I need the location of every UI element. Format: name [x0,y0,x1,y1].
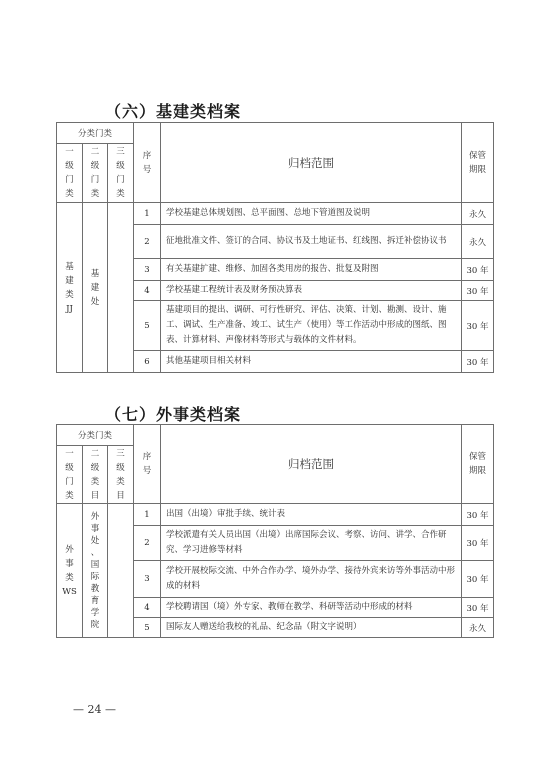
row-scope: 学校基建工程统计表及财务预决算表 [161,281,462,301]
row-retention: 永久 [462,203,494,225]
row-retention: 永久 [462,225,494,259]
row-retention: 永久 [462,618,494,638]
row-number: 6 [134,351,161,373]
row-number: 4 [134,281,161,301]
row-number: 5 [134,618,161,638]
row-retention: 30 年 [462,281,494,301]
category-level2: 外事处、国际教育学院 [83,504,108,638]
header-retention: 保管期限 [462,123,494,203]
category-level1: 基建类JJ [57,203,83,373]
header-seq: 序号 [134,425,161,504]
row-retention: 30 年 [462,351,494,373]
category-level3 [108,504,134,638]
header-retention: 保管期限 [462,425,494,504]
foreign-affairs-archive-table: 分类门类 序号 归档范围 保管期限 一级门类 二级类目 三级类目 外事类WS 外… [56,424,494,638]
row-scope: 出国（出境）审批手续、统计表 [161,504,462,526]
table-row: 基建类JJ 基建处 1 学校基建总体规划图、总平面图、总地下管道图及说明 永久 [57,203,494,225]
category-level3 [108,203,134,373]
construction-archive-table: 分类门类 序号 归档范围 保管期限 一级门类 二级门类 三级门类 基建类JJ 基… [56,122,494,373]
row-number: 1 [134,504,161,526]
page-number: — 24 — [73,703,116,716]
row-number: 5 [134,301,161,351]
row-scope: 基建项目的提出、调研、可行性研究、评估、决策、计划、勘测、设计、施工、调试、生产… [161,301,462,351]
row-scope: 学校派遣有关人员出国（出境）出席国际会议、考察、访问、讲学、合作研究、学习进修等… [161,526,462,561]
row-number: 4 [134,598,161,618]
section-title-construction: （六）基建类档案 [105,99,241,122]
row-scope: 其他基建项目相关材料 [161,351,462,373]
row-number: 3 [134,561,161,598]
row-scope: 学校基建总体规划图、总平面图、总地下管道图及说明 [161,203,462,225]
header-level1: 一级门类 [57,446,83,504]
header-level3: 三级门类 [108,144,134,203]
header-scope: 归档范围 [161,123,462,203]
header-level3: 三级类目 [108,446,134,504]
row-retention: 30 年 [462,301,494,351]
row-scope: 学校聘请国（境）外专家、教师在教学、科研等活动中形成的材料 [161,598,462,618]
section-title-foreign-affairs: （七）外事类档案 [105,402,241,425]
category-level2: 基建处 [83,203,108,373]
header-scope: 归档范围 [161,425,462,504]
row-number: 2 [134,225,161,259]
row-scope: 学校开展校际交流、中外合作办学、境外办学、接待外宾来访等外事活动中形成的材料 [161,561,462,598]
header-level2: 二级类目 [83,446,108,504]
header-category-group: 分类门类 [57,123,134,144]
category-level1: 外事类WS [57,504,83,638]
row-retention: 30 年 [462,259,494,281]
row-retention: 30 年 [462,526,494,561]
row-scope: 有关基建扩建、维修、加固各类用房的报告、批复及附图 [161,259,462,281]
table-row: 外事类WS 外事处、国际教育学院 1 出国（出境）审批手续、统计表 30 年 [57,504,494,526]
row-number: 1 [134,203,161,225]
row-retention: 30 年 [462,504,494,526]
row-number: 2 [134,526,161,561]
row-scope: 征地批准文件、签订的合同、协议书及土地证书、红线图、拆迁补偿协议书 [161,225,462,259]
header-level2: 二级门类 [83,144,108,203]
header-seq: 序号 [134,123,161,203]
row-retention: 30 年 [462,561,494,598]
header-category-group: 分类门类 [57,425,134,446]
row-scope: 国际友人赠送给我校的礼品、纪念品（附文字说明） [161,618,462,638]
row-retention: 30 年 [462,598,494,618]
header-level1: 一级门类 [57,144,83,203]
row-number: 3 [134,259,161,281]
